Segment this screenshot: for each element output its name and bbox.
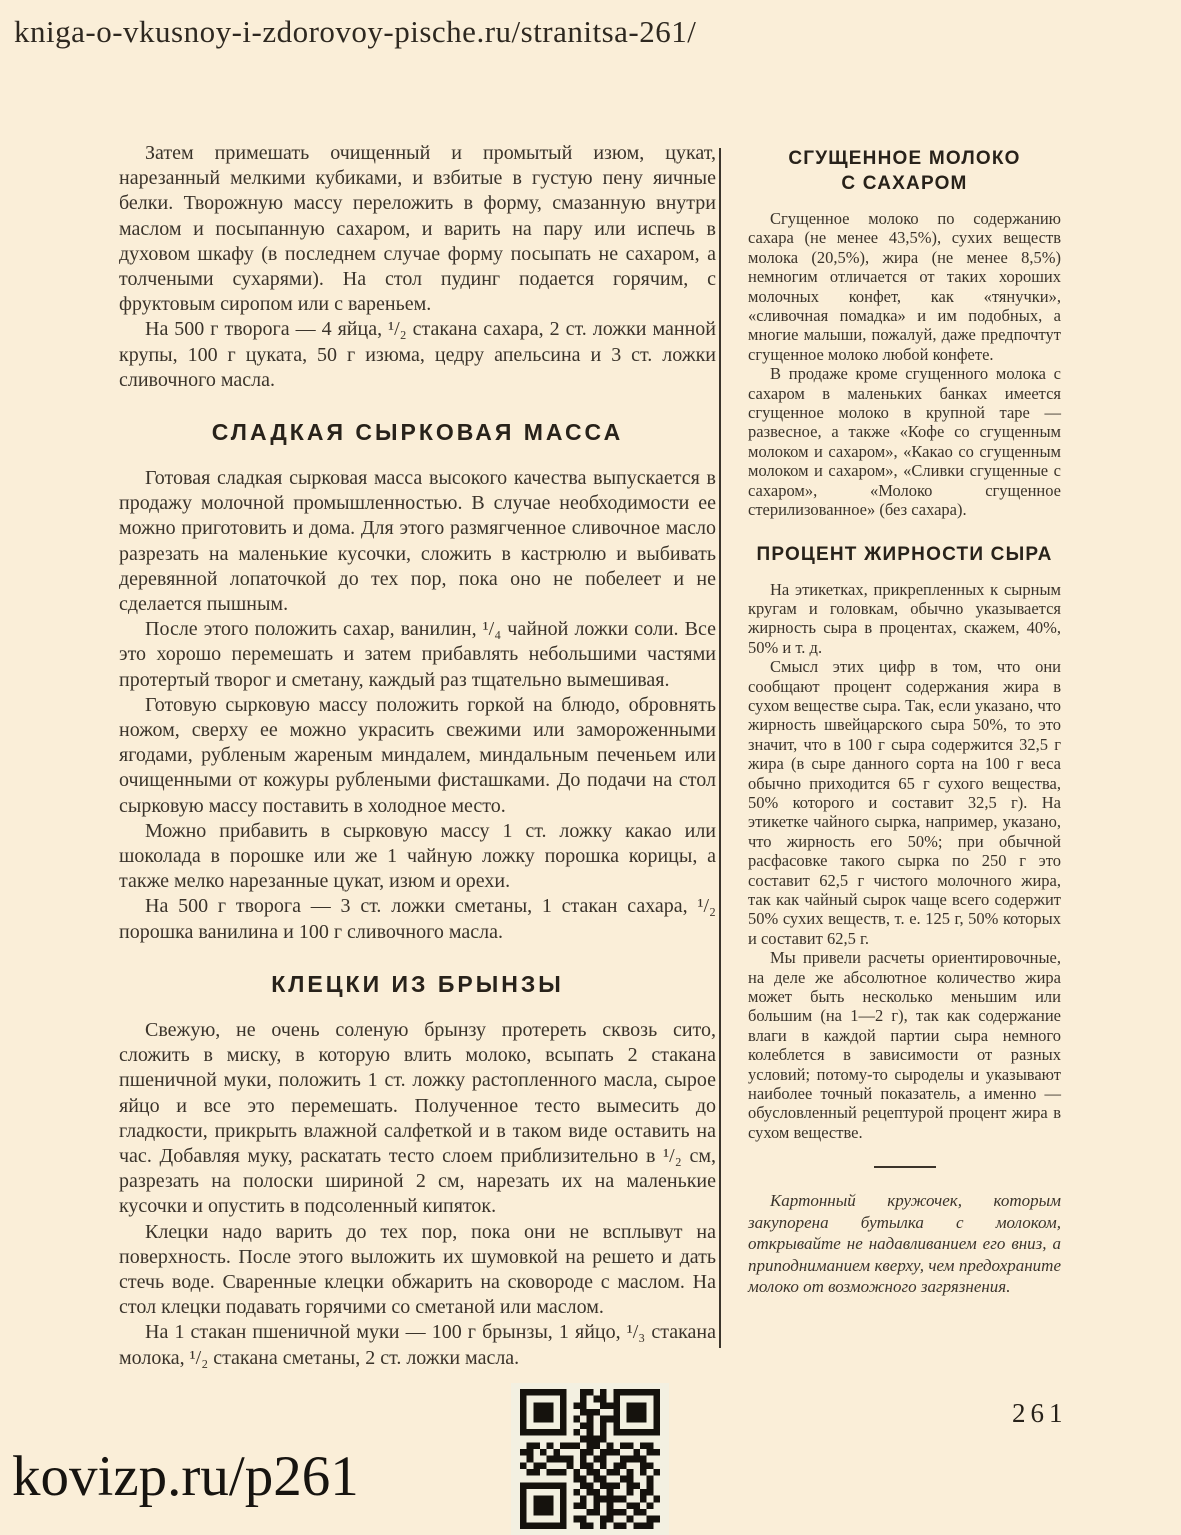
footnote-tip: Картонный кружочек, которым закупорена б… [748, 1190, 1061, 1298]
section-heading: СЛАДКАЯ СЫРКОВАЯ МАССА [119, 419, 716, 446]
section-heading: ПРОЦЕНТ ЖИРНОСТИ СЫРА [748, 542, 1061, 567]
paragraph: Готовая сладкая сырковая масса высокого … [119, 466, 716, 617]
paragraph: Клецки надо варить до тех пор, пока они … [119, 1220, 716, 1321]
page-number: 261 [1012, 1398, 1068, 1429]
paragraph: На этикетках, прикрепленных к сырным кру… [748, 580, 1061, 658]
section-protsent-zhirnosti-syra: ПРОЦЕНТ ЖИРНОСТИ СЫРА На этикетках, прик… [748, 542, 1061, 1143]
heading-line: ПРОЦЕНТ ЖИРНОСТИ СЫРА [748, 542, 1061, 567]
paragraph: Смысл этих цифр в том, что они сообщают … [748, 657, 1061, 948]
section-sgushchennoe-moloko: СГУЩЕННОЕ МОЛОКО С САХАРОМ Сгущенное мол… [748, 146, 1061, 520]
section-kletski-iz-brynzy: КЛЕЦКИ ИЗ БРЫНЗЫ Свежую, не очень солену… [119, 971, 716, 1371]
qr-code [511, 1383, 669, 1535]
paragraph: Готовую сырковую массу положить горкой н… [119, 693, 716, 819]
paragraph: Затем примешать очищенный и промытый изю… [119, 141, 716, 317]
book-page-scan: kniga-o-vkusnoy-i-zdorovoy-pische.ru/str… [0, 0, 1181, 1535]
right-column: СГУЩЕННОЕ МОЛОКО С САХАРОМ Сгущенное мол… [748, 146, 1061, 1298]
paragraph: После этого положить сахар, ванилин, ¹/₄… [119, 617, 716, 693]
heading-line: С САХАРОМ [748, 171, 1061, 196]
paragraph: Мы привели расчеты ориентировочные, на д… [748, 948, 1061, 1142]
section-sladkaya-syrkovaya-massa: СЛАДКАЯ СЫРКОВАЯ МАССА Готовая сладкая с… [119, 419, 716, 945]
section-heading: КЛЕЦКИ ИЗ БРЫНЗЫ [119, 971, 716, 998]
recipe-ingredients: На 500 г творога — 4 яйца, ¹/₂ стакана с… [119, 317, 716, 393]
shortlink-watermark: kovizp.ru/p261 [12, 1444, 359, 1509]
paragraph: Сгущенное молоко по содержанию сахара (н… [748, 209, 1061, 364]
paragraph: Свежую, не очень соленую брынзу протерет… [119, 1018, 716, 1220]
left-column: Затем примешать очищенный и промытый изю… [119, 141, 716, 1371]
heading-line: СГУЩЕННОЕ МОЛОКО [748, 146, 1061, 171]
site-url-watermark: kniga-o-vkusnoy-i-zdorovoy-pische.ru/str… [14, 14, 696, 50]
recipe-ingredients: На 500 г творога — 3 ст. ложки сметаны, … [119, 894, 716, 944]
qr-code-svg [520, 1389, 660, 1529]
paragraph: Можно прибавить в сырковую массу 1 ст. л… [119, 819, 716, 895]
footnote-divider [874, 1166, 936, 1168]
recipe-ingredients: На 1 стакан пшеничной муки — 100 г брынз… [119, 1320, 716, 1370]
paragraph: В продаже кроме сгущенного молока с саха… [748, 364, 1061, 519]
column-divider [719, 148, 721, 1348]
section-heading: СГУЩЕННОЕ МОЛОКО С САХАРОМ [748, 146, 1061, 196]
